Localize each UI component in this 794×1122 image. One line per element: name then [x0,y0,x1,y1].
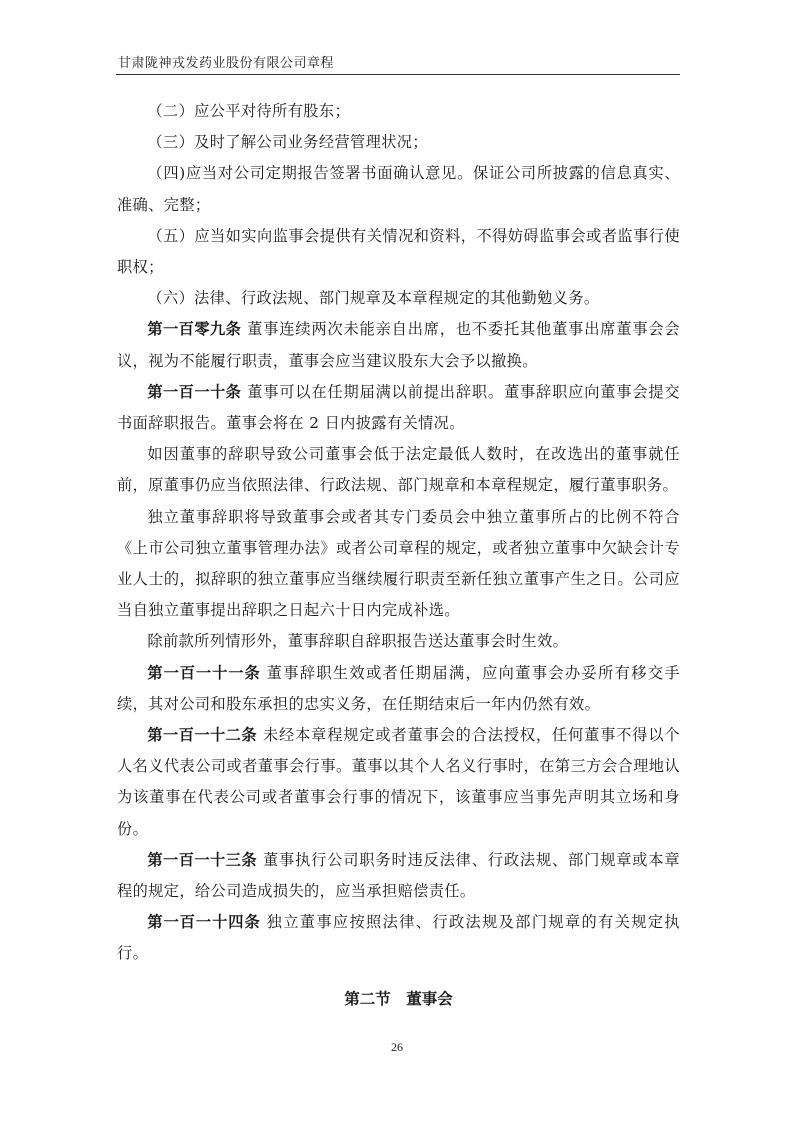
paragraph: （三）及时了解公司业务经营管理状况； [117,127,680,158]
article-110: 第一百一十条董事可以在任期届满以前提出辞职。董事辞职应向董事会提交书面辞职报告。… [117,377,680,439]
header-divider [116,74,680,75]
paragraph-text: （四)应当对公司定期报告签署书面确认意见。保证公司所披露的信息真实、准确、完整； [117,164,680,213]
paragraph-text: （六）法律、行政法规、部门规章及本章程规定的其他勤勉义务。 [147,289,599,307]
article-111: 第一百一十一条董事辞职生效或者任期届满，应向董事会办妥所有移交手续，其对公司和股… [117,658,680,720]
paragraph: 除前款所列情形外，董事辞职自辞职报告送达董事会时生效。 [117,626,680,657]
document-header-title: 甘肃陇神戎发药业股份有限公司章程 [118,55,678,73]
article-112: 第一百一十二条未经本章程规定或者董事会的合法授权，任何董事不得以个人名义代表公司… [117,720,680,845]
article-109: 第一百零九条董事连续两次未能亲自出席，也不委托其他董事出席董事会会议，视为不能履… [117,314,680,376]
article-number: 第一百一十二条 [147,726,257,744]
paragraph-text: （二）应公平对待所有股东； [147,102,350,120]
article-113: 第一百一十三条董事执行公司职务时违反法律、行政法规、部门规章或本章程的规定，给公… [117,845,680,907]
paragraph: （二）应公平对待所有股东； [117,96,680,127]
article-114: 第一百一十四条独立董事应按照法律、行政法规及部门规章的有关规定执行。 [117,907,680,969]
paragraph-text: 除前款所列情形外，董事辞职自辞职报告送达董事会时生效。 [147,632,568,650]
paragraph: （六）法律、行政法规、部门规章及本章程规定的其他勤勉义务。 [117,283,680,314]
article-number: 第一百零九条 [147,320,241,338]
article-number: 第一百一十条 [147,383,241,401]
paragraph: （五）应当如实向监事会提供有关情况和资料，不得妨碍监事会或者监事行使职权； [117,221,680,283]
paragraph-text: （三）及时了解公司业务经营管理状况； [147,133,428,151]
paragraph: 如因董事的辞职导致公司董事会低于法定最低人数时，在改选出的董事就任前，原董事仍应… [117,439,680,501]
paragraph-text: 如因董事的辞职导致公司董事会低于法定最低人数时，在改选出的董事就任前，原董事仍应… [117,445,680,494]
paragraph-text: （五）应当如实向监事会提供有关情况和资料，不得妨碍监事会或者监事行使职权； [117,227,680,276]
paragraph: （四)应当对公司定期报告签署书面确认意见。保证公司所披露的信息真实、准确、完整； [117,158,680,220]
paragraph: 独立董事辞职将导致董事会或者其专门委员会中独立董事所占的比例不符合《上市公司独立… [117,502,680,627]
article-number: 第一百一十四条 [147,913,260,931]
article-number: 第一百一十一条 [147,664,260,682]
article-number: 第一百一十三条 [147,851,257,869]
paragraph-text: 独立董事辞职将导致董事会或者其专门委员会中独立董事所占的比例不符合《上市公司独立… [117,508,680,620]
page-number: 26 [0,1040,794,1055]
section-heading: 第二节 董事会 [117,984,680,1014]
document-body: （二）应公平对待所有股东； （三）及时了解公司业务经营管理状况； （四)应当对公… [117,96,680,1014]
